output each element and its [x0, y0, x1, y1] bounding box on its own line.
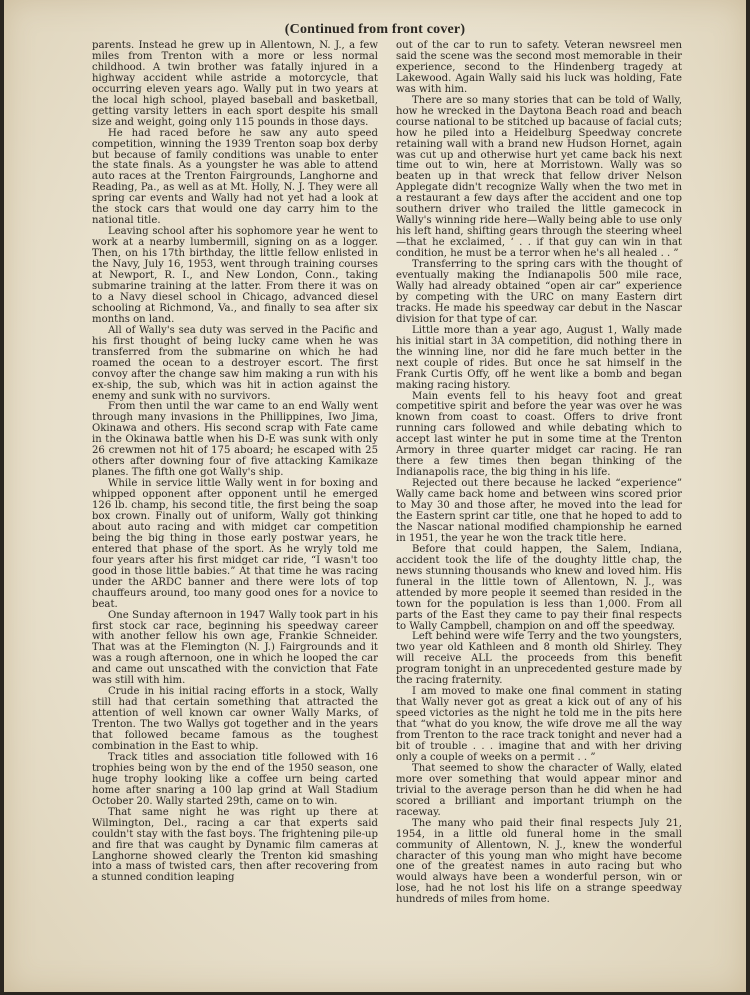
- continued-header: (Continued from front cover): [4, 22, 746, 38]
- left-column: parents. Instead he grew up in Allentown…: [92, 41, 378, 884]
- paragraph: Crude in his initial racing efforts in a…: [92, 687, 378, 753]
- paragraph: He had raced before he saw any auto spee…: [92, 129, 378, 228]
- paragraph: The many who paid their final respects J…: [396, 819, 682, 907]
- paragraph: While in service little Wally went in fo…: [92, 479, 378, 610]
- paragraph: Little more than a year ago, August 1, W…: [396, 326, 682, 392]
- paragraph: parents. Instead he grew up in Allentown…: [92, 41, 378, 129]
- paragraph: Rejected out there because he lacked “ex…: [396, 479, 682, 545]
- paragraph: Transferring to the spring cars with the…: [396, 260, 682, 326]
- paragraph: Main events fell to his heavy foot and g…: [396, 392, 682, 480]
- document-page: (Continued from front cover) parents. In…: [4, 0, 746, 992]
- paragraph: Leaving school after his sophomore year …: [92, 227, 378, 326]
- paragraph: There are so many stories that can be to…: [396, 96, 682, 260]
- paragraph: out of the car to run to safety. Veteran…: [396, 41, 682, 96]
- paragraph: That same night he was right up there at…: [92, 808, 378, 885]
- paragraph: Track titles and association title follo…: [92, 753, 378, 808]
- paragraph: I am moved to make one final comment in …: [396, 687, 682, 764]
- right-column: out of the car to run to safety. Veteran…: [396, 41, 682, 906]
- paragraph: All of Wally's sea duty was served in th…: [92, 326, 378, 403]
- paragraph: That seemed to show the character of Wal…: [396, 764, 682, 819]
- paragraph: Left behind were wife Terry and the two …: [396, 632, 682, 687]
- paragraph: Before that could happen, the Salem, Ind…: [396, 545, 682, 633]
- paragraph: One Sunday afternoon in 1947 Wally took …: [92, 611, 378, 688]
- paragraph: From then until the war came to an end W…: [92, 402, 378, 479]
